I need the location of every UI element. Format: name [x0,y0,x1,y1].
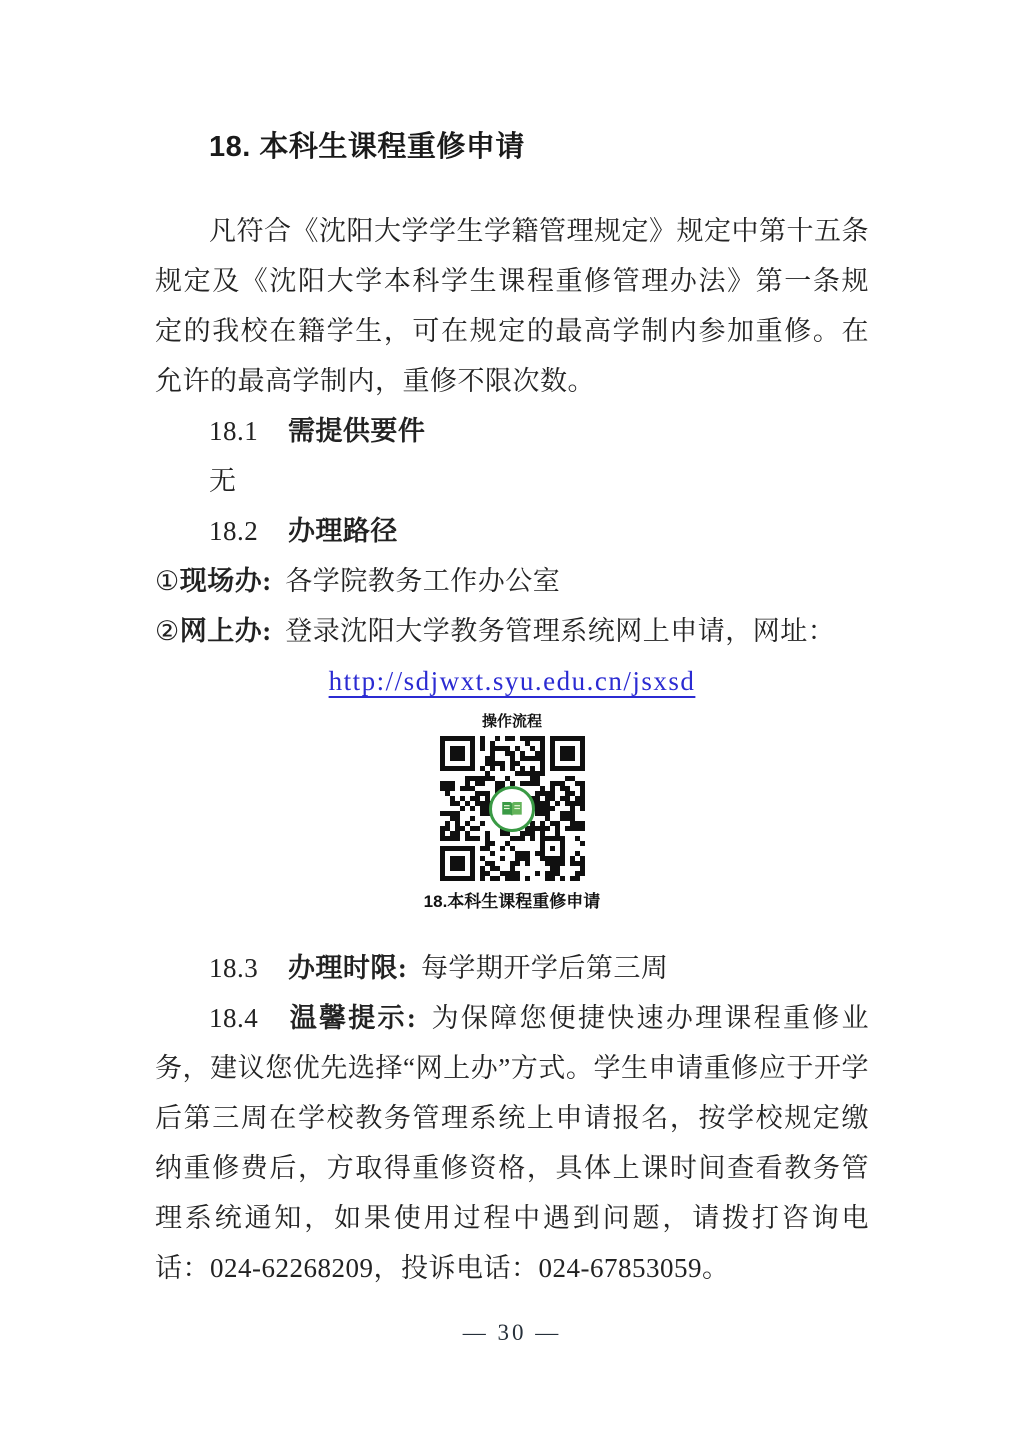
section-18-4-label: 温馨提示: [288,1003,416,1033]
route-online-label: 网上办: [180,616,272,646]
intro-paragraph: 凡符合《沈阳大学学生学籍管理规定》规定中第十五条规定及《沈阳大学本科学生课程重修… [155,206,869,406]
section-18-1-number: 18.1 [209,416,258,446]
qr-code [440,736,585,881]
qr-section: 操作流程 18.本科生课程重修申请 [155,712,869,913]
section-18-3-label: 办理时限: [288,953,408,983]
document-page: 18. 本科生课程重修申请 凡符合《沈阳大学学生学籍管理规定》规定中第十五条规定… [0,0,1024,1448]
route-onsite-line: ①现场办:各学院教务工作办公室 [155,556,869,606]
section-18-3-line: 18.3办理时限:每学期开学后第三周 [155,943,869,993]
route-onsite-text: 各学院教务工作办公室 [285,566,560,596]
link-line: http://sdjwxt.syu.edu.cn/jsxsd [155,656,869,706]
section-18-2-number: 18.2 [209,516,258,546]
qr-caption-bottom: 18.本科生课程重修申请 [155,891,869,913]
qr-center-logo [489,786,535,832]
section-18-1-title: 需提供要件 [288,416,426,446]
page-title: 18. 本科生课程重修申请 [209,128,869,166]
section-18-1-body: 无 [155,456,869,506]
jwxt-url-link[interactable]: http://sdjwxt.syu.edu.cn/jsxsd [329,666,696,696]
section-18-4-paragraph: 18.4温馨提示:为保障您便捷快速办理课程重修业务，建议您优先选择“网上办”方式… [155,993,869,1293]
page-number: — 30 — [0,1320,1024,1346]
circled-two-marker: ② [155,616,180,646]
section-18-2-heading: 18.2办理路径 [155,506,869,556]
section-18-4-number: 18.4 [209,1003,258,1033]
book-icon [499,796,525,822]
qr-caption-top: 操作流程 [155,712,869,732]
section-18-3-number: 18.3 [209,953,258,983]
circled-one-marker: ① [155,566,180,596]
route-online-line: ②网上办:登录沈阳大学教务管理系统网上申请，网址： [155,606,869,656]
section-18-3-text: 每学期开学后第三周 [421,953,669,983]
section-18-1-heading: 18.1需提供要件 [155,406,869,456]
route-onsite-label: 现场办: [180,566,272,596]
section-18-4-text: 为保障您便捷快速办理课程重修业务，建议您优先选择“网上办”方式。学生申请重修应于… [155,1003,869,1283]
section-18-2-title: 办理路径 [288,516,398,546]
route-online-text: 登录沈阳大学教务管理系统网上申请，网址： [285,616,835,646]
